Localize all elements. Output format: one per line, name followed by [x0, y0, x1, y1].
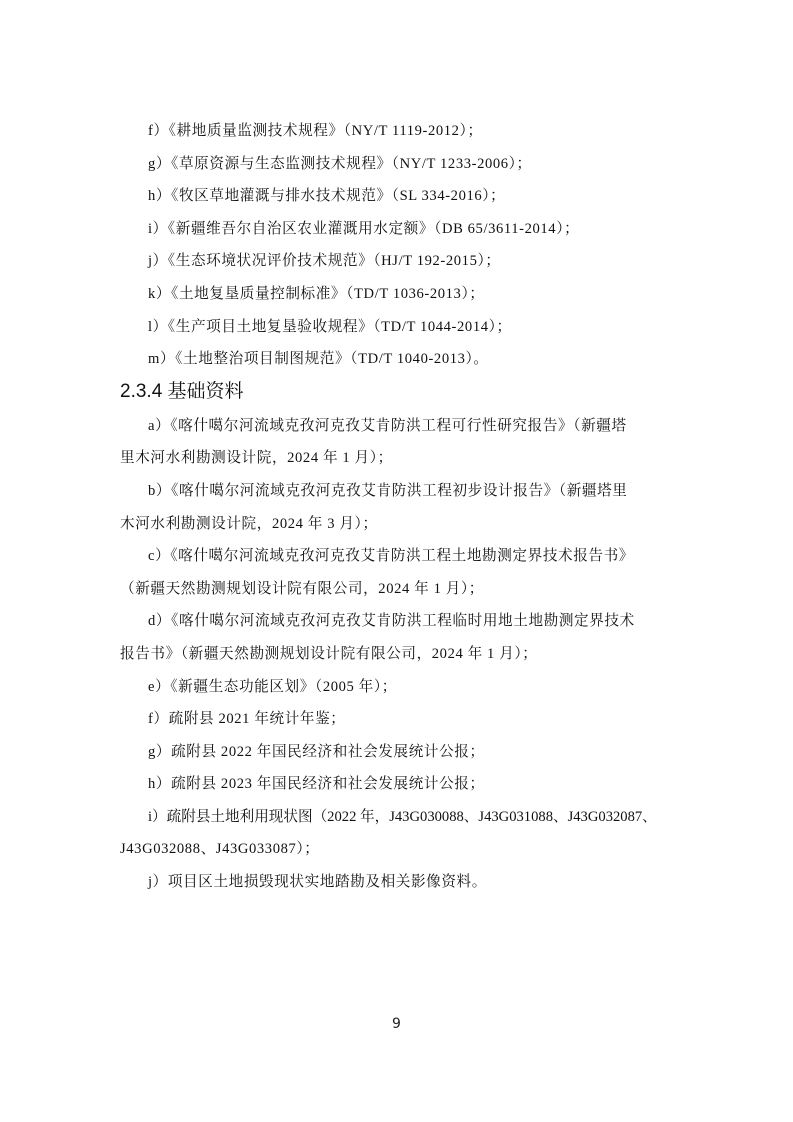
item-label: g）	[148, 156, 171, 172]
item-text: 项目区土地损毁现状实地踏勘及相关影像资料。	[168, 874, 487, 890]
item-text: 《耕地质量监测技术规程》（NY/T 1119-2012）；	[169, 123, 483, 139]
list-item-line: 里木河水利勘测设计院，2024 年 1 月）；	[120, 442, 682, 475]
list-item: j）项目区土地损毁现状实地踏勘及相关影像资料。	[120, 866, 682, 899]
list-item-line: （新疆天然勘测规划设计院有限公司，2024 年 1 月）；	[120, 573, 682, 606]
list-item: m）《土地整治项目制图规范》（TD/T 1040-2013）。	[120, 343, 682, 376]
item-label: g）	[148, 744, 171, 760]
item-label: j）	[148, 253, 168, 269]
item-label: l）	[148, 319, 168, 335]
list-item: h）《牧区草地灌溉与排水技术规范》（SL 334-2016）；	[120, 180, 682, 213]
list-item: l）《生产项目土地复垦验收规程》（TD/T 1044-2014）；	[120, 311, 682, 344]
list-item-line: i）疏附县土地利用现状图（2022 年，J43G030088、J43G03108…	[120, 801, 682, 834]
document-page: f）《耕地质量监测技术规程》（NY/T 1119-2012）； g）《草原资源与…	[0, 0, 793, 1122]
list-item: g）疏附县 2022 年国民经济和社会发展统计公报；	[120, 736, 682, 769]
item-text: 《土地整治项目制图规范》（TD/T 1040-2013）。	[175, 351, 488, 367]
list-item-line: 木河水利勘测设计院，2024 年 3 月）；	[120, 508, 682, 541]
list-item: c）《喀什噶尔河流域克孜河克孜艾肯防洪工程土地勘测定界技术报告书》 （新疆天然勘…	[120, 540, 682, 605]
list-item-line: a）《喀什噶尔河流域克孜河克孜艾肯防洪工程可行性研究报告》（新疆塔	[120, 410, 682, 443]
item-label: k）	[148, 286, 171, 302]
list-item: i）《新疆维吾尔自治区农业灌溉用水定额》（DB 65/3611-2014）；	[120, 213, 682, 246]
item-text: 疏附县 2021 年统计年鉴；	[169, 711, 346, 727]
item-label: h）	[148, 776, 171, 792]
basic-materials-list: a）《喀什噶尔河流域克孜河克孜艾肯防洪工程可行性研究报告》（新疆塔 里木河水利勘…	[120, 410, 682, 899]
list-item: j）《生态环境状况评价技术规范》（HJ/T 192-2015）；	[120, 245, 682, 278]
item-label: f）	[148, 711, 169, 727]
list-item: f）疏附县 2021 年统计年鉴；	[120, 703, 682, 736]
list-item: i）疏附县土地利用现状图（2022 年，J43G030088、J43G03108…	[120, 801, 682, 866]
item-text: 《生产项目土地复垦验收规程》（TD/T 1044-2014）；	[168, 319, 512, 335]
item-label: f）	[148, 123, 169, 139]
list-item-line: J43G032088、J43G033087）；	[120, 833, 682, 866]
section-heading: 2.3.4 基础资料	[120, 376, 682, 410]
item-label: i）	[148, 221, 168, 237]
item-text: 疏附县 2022 年国民经济和社会发展统计公报；	[171, 744, 485, 760]
list-item: k）《土地复垦质量控制标准》（TD/T 1036-2013）；	[120, 278, 682, 311]
list-item-line: c）《喀什噶尔河流域克孜河克孜艾肯防洪工程土地勘测定界技术报告书》	[120, 540, 682, 573]
page-content: f）《耕地质量监测技术规程》（NY/T 1119-2012）； g）《草原资源与…	[120, 115, 682, 899]
list-item-line: 报告书》（新疆天然勘测规划设计院有限公司，2024 年 1 月）；	[120, 638, 682, 671]
item-text: 《牧区草地灌溉与排水技术规范》（SL 334-2016）；	[171, 188, 505, 204]
list-item: b）《喀什噶尔河流域克孜河克孜艾肯防洪工程初步设计报告》（新疆塔里 木河水利勘测…	[120, 475, 682, 540]
item-label: j）	[148, 874, 168, 890]
item-label: e）	[148, 679, 170, 695]
item-label: m）	[148, 351, 175, 367]
item-text: 《新疆生态功能区划》（2005 年）；	[170, 679, 397, 695]
page-number: 9	[0, 1016, 793, 1032]
list-item-line: d）《喀什噶尔河流域克孜河克孜艾肯防洪工程临时用地土地勘测定界技术	[120, 605, 682, 638]
item-label: h）	[148, 188, 171, 204]
list-item: e）《新疆生态功能区划》（2005 年）；	[120, 671, 682, 704]
list-item: f）《耕地质量监测技术规程》（NY/T 1119-2012）；	[120, 115, 682, 148]
list-item: a）《喀什噶尔河流域克孜河克孜艾肯防洪工程可行性研究报告》（新疆塔 里木河水利勘…	[120, 410, 682, 475]
item-text: 《新疆维吾尔自治区农业灌溉用水定额》（DB 65/3611-2014）；	[168, 221, 579, 237]
standards-list: f）《耕地质量监测技术规程》（NY/T 1119-2012）； g）《草原资源与…	[120, 115, 682, 376]
list-item: d）《喀什噶尔河流域克孜河克孜艾肯防洪工程临时用地土地勘测定界技术 报告书》（新…	[120, 605, 682, 670]
item-text: 疏附县 2023 年国民经济和社会发展统计公报；	[171, 776, 485, 792]
list-item: g）《草原资源与生态监测技术规程》（NY/T 1233-2006）；	[120, 148, 682, 181]
list-item-line: b）《喀什噶尔河流域克孜河克孜艾肯防洪工程初步设计报告》（新疆塔里	[120, 475, 682, 508]
item-text: 《土地复垦质量控制标准》（TD/T 1036-2013）；	[171, 286, 484, 302]
item-text: 《生态环境状况评价技术规范》（HJ/T 192-2015）；	[168, 253, 501, 269]
item-text: 《草原资源与生态监测技术规程》（NY/T 1233-2006）；	[171, 156, 532, 172]
list-item: h）疏附县 2023 年国民经济和社会发展统计公报；	[120, 768, 682, 801]
